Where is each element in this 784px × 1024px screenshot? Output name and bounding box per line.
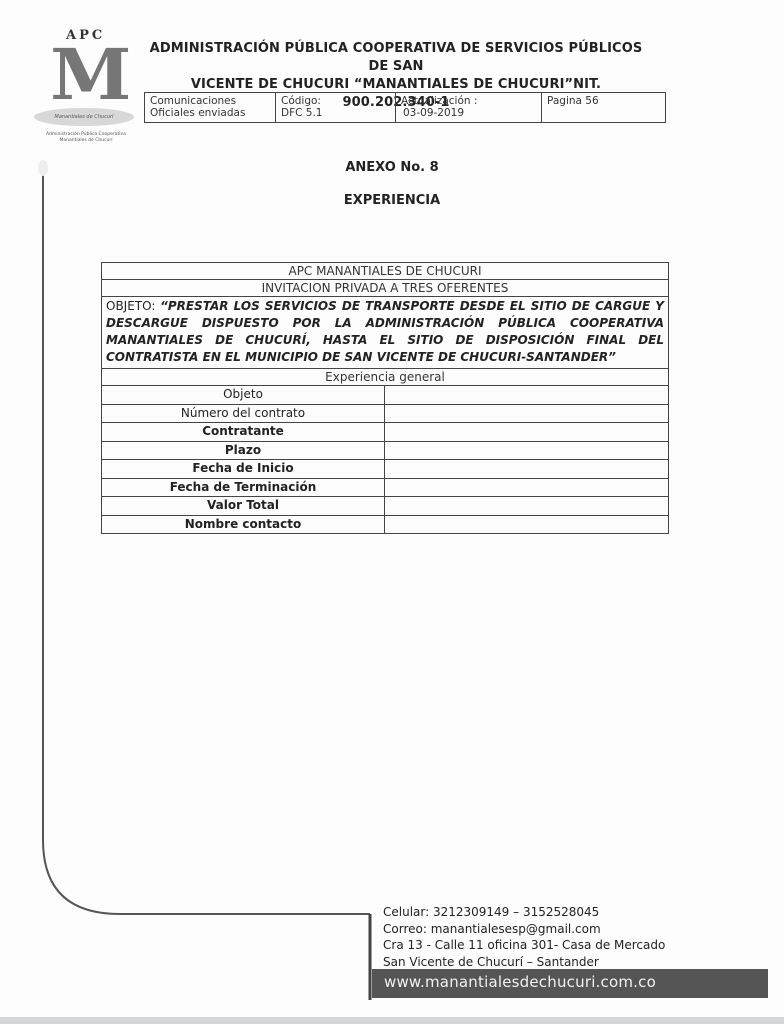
- field-label-numero-contrato: Número del contrato: [102, 405, 385, 423]
- field-value-plazo[interactable]: [385, 442, 668, 460]
- table-row-objeto: OBJETO: “PRESTAR LOS SERVICIOS DE TRANSP…: [102, 297, 668, 369]
- table-row: Contratante: [102, 423, 668, 442]
- field-value-contratante[interactable]: [385, 423, 668, 441]
- table-row-entity: APC MANANTIALES DE CHUCURI: [102, 263, 668, 280]
- objeto-label: OBJETO:: [106, 299, 160, 313]
- table-row: Fecha de Terminación: [102, 479, 668, 498]
- footer-celular: Celular: 3212309149 – 3152528045: [383, 904, 665, 921]
- code-cell-pagina-value: Pagina 56: [547, 95, 665, 107]
- document-code-table: Comunicaciones Oficiales enviadas Código…: [144, 92, 666, 123]
- code-cell-pagina: Pagina 56: [542, 93, 665, 122]
- field-value-numero-contrato[interactable]: [385, 405, 668, 423]
- code-cell-codigo: Código: DFC 5.1: [276, 93, 396, 122]
- field-value-nombre-contacto[interactable]: [385, 516, 668, 534]
- field-value-fecha-terminacion[interactable]: [385, 479, 668, 497]
- table-row: Objeto: [102, 386, 668, 405]
- field-label-nombre-contacto: Nombre contacto: [102, 516, 385, 534]
- field-label-objeto: Objeto: [102, 386, 385, 404]
- code-cell-type: Comunicaciones Oficiales enviadas: [145, 93, 276, 122]
- anexo-title: ANEXO No. 8: [0, 160, 784, 175]
- table-row-invitation: INVITACION PRIVADA A TRES OFERENTES: [102, 280, 668, 297]
- section-heading: EXPERIENCIA: [0, 193, 784, 208]
- field-value-objeto[interactable]: [385, 386, 668, 404]
- code-cell-codigo-label: Código:: [281, 95, 395, 107]
- footer-contact: Celular: 3212309149 – 3152528045 Correo:…: [383, 904, 665, 970]
- code-cell-type-line2: Oficiales enviadas: [150, 107, 275, 119]
- footer-ciudad: San Vicente de Chucurí – Santander: [383, 954, 665, 971]
- table-row: Fecha de Inicio: [102, 460, 668, 479]
- logo-m-icon: M: [50, 40, 131, 110]
- field-value-fecha-inicio[interactable]: [385, 460, 668, 478]
- logo-ribbon: Manantiales de Chucurí: [34, 108, 134, 126]
- objeto-text: “PRESTAR LOS SERVICIOS DE TRANSPORTE DES…: [106, 299, 664, 364]
- logo-caption: Administración Pública Cooperativa Manan…: [34, 132, 138, 144]
- table-row: Nombre contacto: [102, 516, 668, 534]
- footer-website-link[interactable]: www.manantialesdechucuri.com.co: [384, 973, 656, 991]
- table-row: Plazo: [102, 442, 668, 461]
- company-logo: APC M Manantiales de Chucurí Administrac…: [32, 26, 142, 150]
- experience-table: APC MANANTIALES DE CHUCURI INVITACION PR…: [101, 262, 669, 534]
- code-cell-codigo-value: DFC 5.1: [281, 107, 395, 119]
- field-label-plazo: Plazo: [102, 442, 385, 460]
- field-label-fecha-terminacion: Fecha de Terminación: [102, 479, 385, 497]
- field-label-fecha-inicio: Fecha de Inicio: [102, 460, 385, 478]
- field-label-contratante: Contratante: [102, 423, 385, 441]
- field-label-valor-total: Valor Total: [102, 497, 385, 515]
- code-cell-actualizacion-label: Actualización :: [401, 95, 541, 107]
- code-cell-actualizacion: Actualización : 03-09-2019: [396, 93, 542, 122]
- table-row: Número del contrato: [102, 405, 668, 424]
- field-value-valor-total[interactable]: [385, 497, 668, 515]
- scan-bottom-edge: [0, 1017, 784, 1024]
- header-title-line1: ADMINISTRACIÓN PÚBLICA COOPERATIVA DE SE…: [142, 40, 650, 76]
- footer-correo[interactable]: Correo: manantialesesp@gmail.com: [383, 921, 665, 938]
- code-cell-actualizacion-value: 03-09-2019: [401, 107, 541, 119]
- code-cell-type-line1: Comunicaciones: [150, 95, 275, 107]
- table-row: Valor Total: [102, 497, 668, 516]
- table-row-section: Experiencia general: [102, 369, 668, 386]
- footer-direccion: Cra 13 - Calle 11 oficina 301- Casa de M…: [383, 937, 665, 954]
